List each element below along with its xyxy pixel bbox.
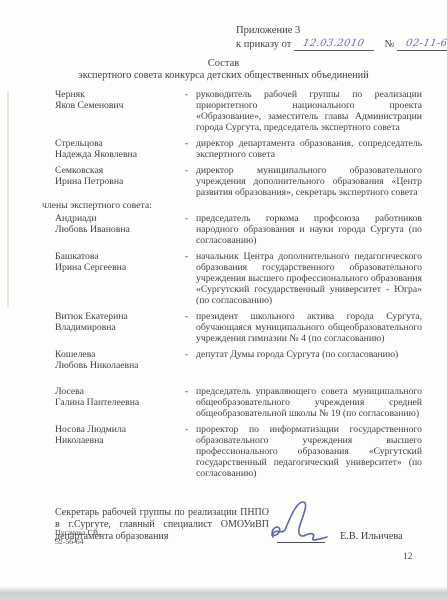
order-reference-line: к приказу от 12.03.2010 № 02-11-60/10 [236,37,447,51]
scan-edge-artifact [7,92,9,307]
member-name: Башкатова Ирина Сергеевна [55,251,185,306]
order-prefix: к приказу от [236,39,291,50]
entry-dash: - [185,251,196,306]
document-subtitle: экспертного совета конкурса детских обще… [0,70,447,82]
member-name: Черняк Яков Семенович [55,89,185,133]
handwritten-order-date: 12.03.2010 [302,37,366,50]
members-heading: члены экспертного совета: [42,200,422,211]
council-entry-row: Носова Людмила Николаевна - проректор по… [55,424,422,479]
order-number-blank: 02-11-60/10 [397,37,447,51]
leadership-list: Черняк Яков Семенович - руководитель раб… [55,89,422,198]
number-sign: № [385,39,395,50]
council-entry-row: Витюк Екатерина Владимировна - президент… [55,311,422,344]
member-name: Витюк Екатерина Владимировна [55,311,185,344]
council-entry-row: Кошелева Любовь Николаевна - депутат Дум… [55,349,422,371]
member-role: председатель горкома профсоюза работнико… [196,213,422,246]
signatory-name: Е.В. Ильичева [340,531,403,543]
secretary-block: Секретарь рабочей группы по реализации П… [55,507,422,559]
member-role: директор департамента образования, сопре… [196,138,422,160]
member-role: начальник Центра дополнительного педагог… [196,251,422,306]
footer-contact: Пугачева Г.В., 52-56-64 [55,528,102,546]
document-title: Состав [0,58,447,70]
council-entry-row: Башкатова Ирина Сергеевна - начальник Це… [55,251,422,306]
member-role: президент школьного актива города Сургут… [196,311,422,344]
members-list: Андриади Любовь Ивановна - председатель … [55,213,422,479]
entry-dash: - [185,165,196,198]
member-role: проректор по информатизации государствен… [196,424,422,479]
member-role: руководитель рабочей группы по реализаци… [196,89,422,133]
council-entry-row: Андриади Любовь Ивановна - председатель … [55,213,422,246]
council-entry-row: Черняк Яков Семенович - руководитель раб… [55,89,422,133]
council-entry-row: Семковская Ирина Петровна - директор мун… [55,165,422,198]
contact-name: Пугачева Г.В., [55,528,102,537]
member-name: Носова Людмила Николаевна [55,424,185,479]
appendix-label: Приложение 3 [236,24,447,37]
order-date-blank: 12.03.2010 [294,37,374,51]
entry-dash: - [185,386,196,419]
signature-line [277,542,325,543]
scan-bottom-artifact [0,586,447,599]
council-entry-row: Лосева Галина Пантелеевна - председатель… [55,386,422,419]
member-name: Лосева Галина Пантелеевна [55,386,185,419]
entry-dash: - [185,138,196,160]
entry-dash: - [185,311,196,344]
member-name: Семковская Ирина Петровна [55,165,185,198]
entry-dash: - [185,349,196,371]
handwritten-order-number: 02-11-60/10 [404,37,447,50]
member-name: Стрельцова Надежда Яковлевна [55,138,185,160]
document-page: Приложение 3 к приказу от 12.03.2010 № 0… [0,0,447,599]
member-name: Андриади Любовь Ивановна [55,213,185,246]
member-name: Кошелева Любовь Николаевна [55,349,185,371]
member-role: депутат Думы города Сургута (по согласов… [196,349,422,371]
member-role: директор муниципального образовательного… [196,165,422,198]
header-block: Приложение 3 к приказу от 12.03.2010 № 0… [236,24,447,51]
page-number: 12 [403,552,413,562]
contact-phone: 52-56-64 [55,537,102,546]
council-entry-row: Стрельцова Надежда Яковлевна - директор … [55,138,422,160]
entry-dash: - [185,213,196,246]
entry-dash: - [185,424,196,479]
member-role: председатель управляющего совета муницип… [196,386,422,419]
council-list: Черняк Яков Семенович - руководитель раб… [55,89,422,479]
entry-dash: - [185,89,196,133]
signature-scribble [267,499,339,545]
